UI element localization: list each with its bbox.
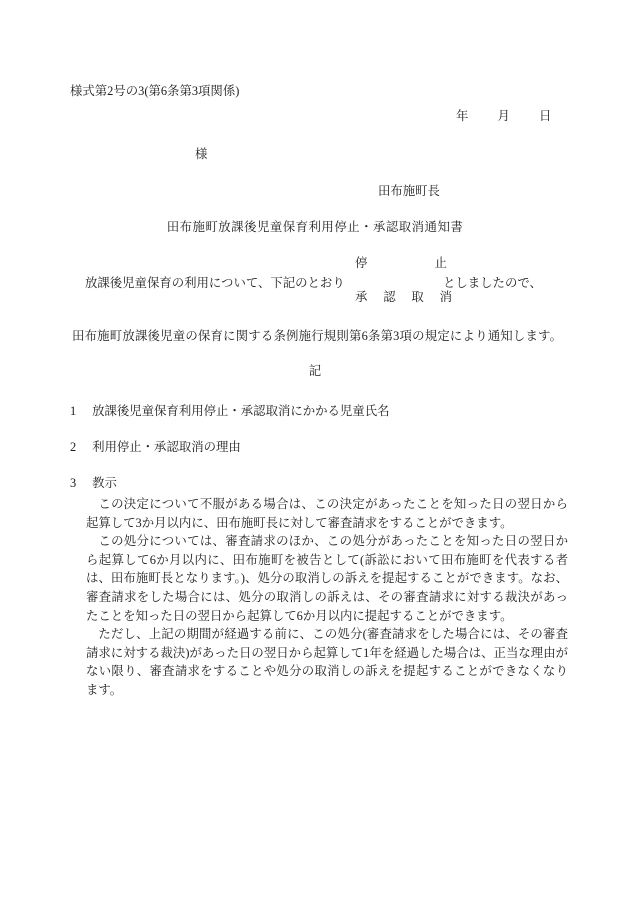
form-number: 様式第2号の3(第6条第3項関係): [70, 85, 239, 97]
record-marker: 記: [0, 365, 630, 377]
addressee-honorific: 様: [195, 148, 207, 160]
item-1-label: 放課後児童保育利用停止・承認取消にかかる児童氏名: [92, 404, 389, 418]
item-1-number: 1: [70, 405, 89, 417]
appeal-instructions-block: この決定について不服がある場合は、この決定があったことを知った日の翌日から起算し…: [86, 495, 568, 700]
item-2-number: 2: [70, 441, 89, 453]
instruction-paragraph-1: この決定について不服がある場合は、この決定があったことを知った日の翌日から起算し…: [86, 495, 568, 532]
notice-sentence: 田布施町放課後児童の保育に関する条例施行規則第6条第3項の規定により通知します。: [72, 330, 562, 342]
item-reason: 2 利用停止・承認取消の理由: [70, 441, 241, 453]
item-appeal-instructions: 3 教示: [70, 477, 117, 489]
instruction-paragraph-3: ただし、上記の期間が経過する前に、この処分(審査請求をした場合には、その審査請求…: [86, 625, 568, 699]
date-line: 年 月 日: [456, 110, 551, 122]
instruction-paragraph-2: この処分については、審査請求のほか、この処分があったことを知った日の翌日から起算…: [86, 532, 568, 625]
year-label: 年: [456, 110, 468, 122]
item-3-label: 教示: [92, 476, 117, 490]
item-3-number: 3: [70, 477, 89, 489]
document-title: 田布施町放課後児童保育利用停止・承認取消通知書: [0, 221, 630, 233]
item-2-label: 利用停止・承認取消の理由: [92, 440, 241, 454]
notice-form-page: 様式第2号の3(第6条第3項関係) 年 月 日 様 田布施町長 田布施町放課後児…: [0, 0, 630, 915]
lead-text: 放課後児童保育の利用について、下記のとおり: [85, 277, 345, 289]
option-revocation: 承認取消: [355, 291, 452, 303]
month-label: 月: [498, 110, 510, 122]
sender-title: 田布施町長: [378, 185, 440, 197]
day-label: 日: [539, 110, 551, 122]
option-suspension: 停止: [355, 257, 447, 269]
item-child-name: 1 放課後児童保育利用停止・承認取消にかかる児童氏名: [70, 405, 389, 417]
lead-text-suffix: としましたので、: [443, 277, 542, 289]
